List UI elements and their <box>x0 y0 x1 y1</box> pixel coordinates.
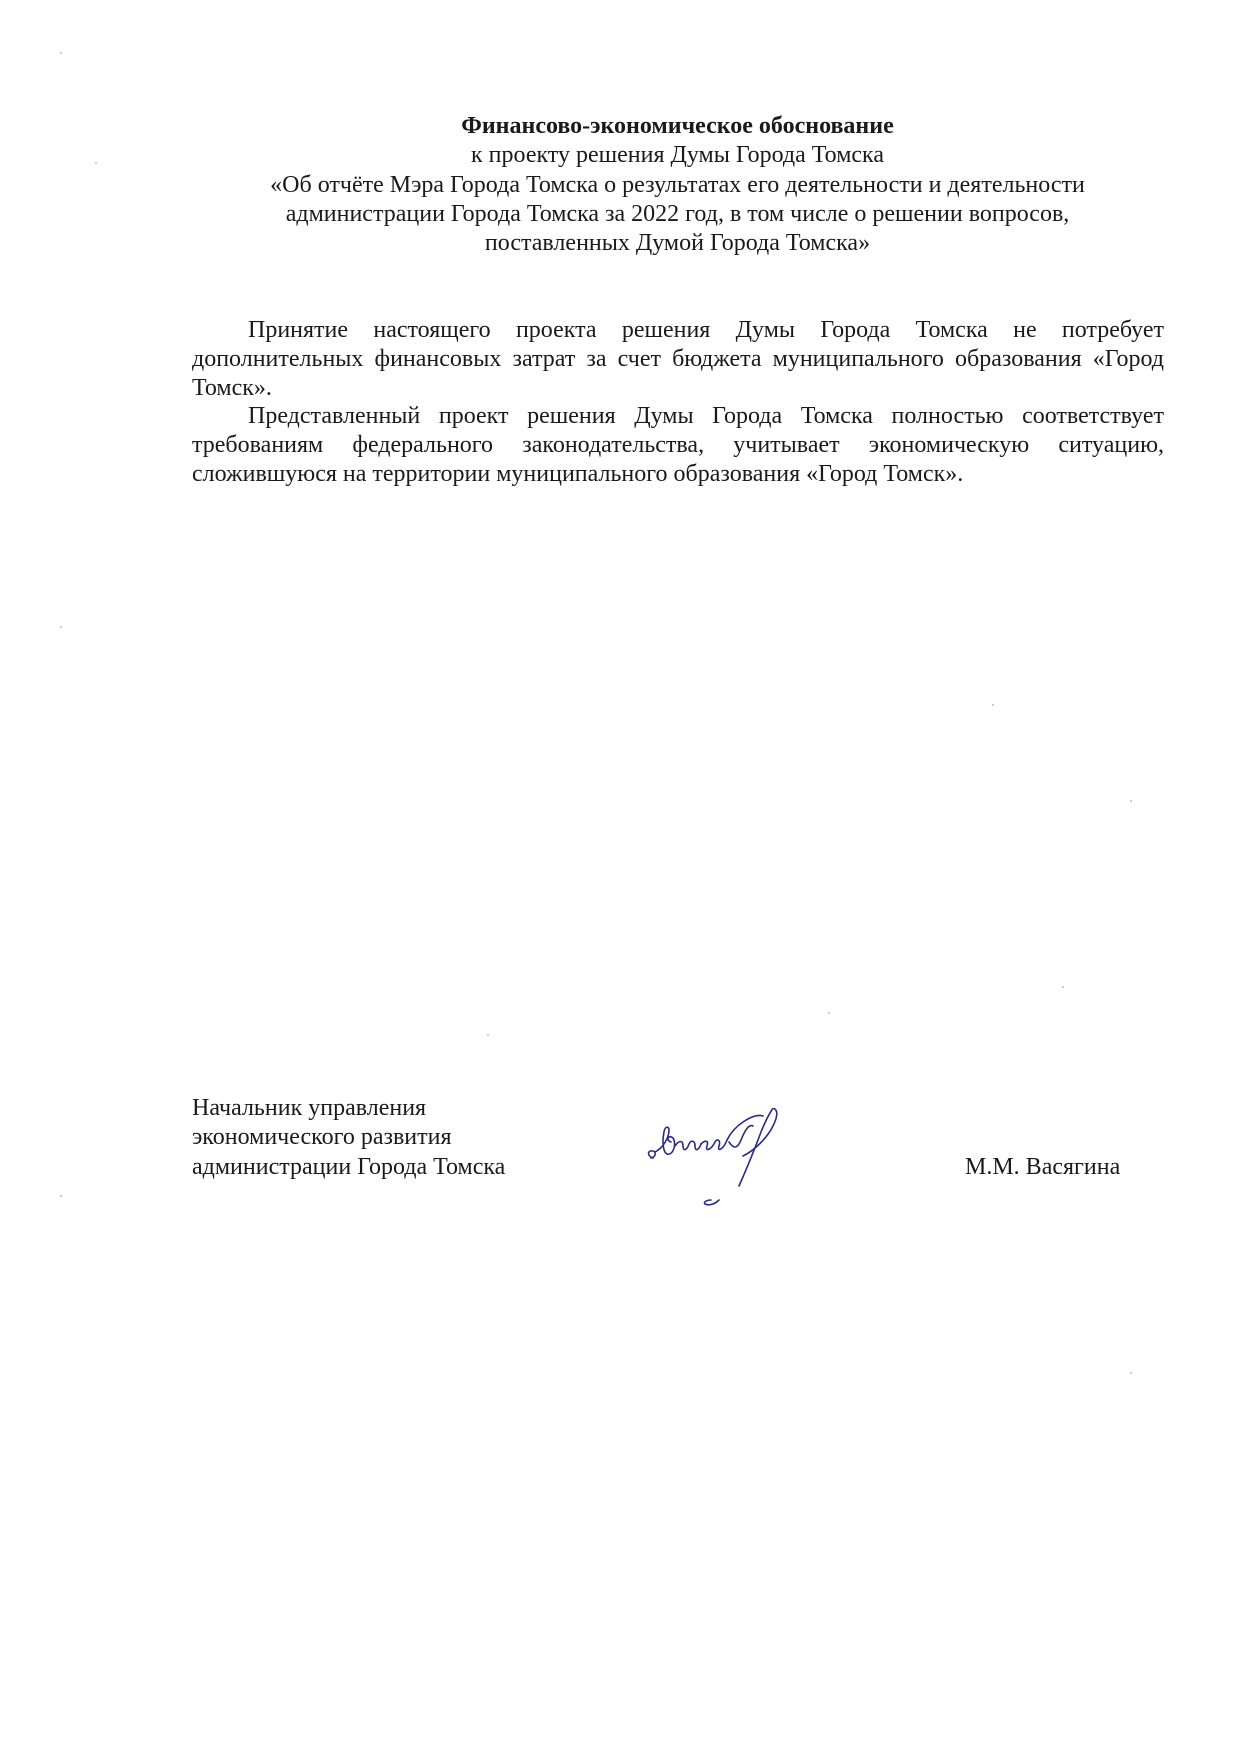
document-body: Принятие настоящего проекта решения Думы… <box>192 316 1164 489</box>
scan-speck <box>828 1012 830 1014</box>
scan-speck <box>60 626 62 628</box>
signatory-name: М.М. Васягина <box>965 1153 1120 1182</box>
scan-speck <box>1130 1372 1132 1374</box>
document-page: Финансово-экономическое обоснование к пр… <box>0 0 1240 1753</box>
position-line: администрации Города Томска <box>192 1153 505 1182</box>
document-heading: Финансово-экономическое обоснование <box>190 112 1165 141</box>
signatory-position: Начальник управления экономического разв… <box>192 1094 505 1182</box>
scan-speck <box>1130 800 1132 802</box>
scan-speck <box>992 704 994 706</box>
title-line: поставленных Думой Города Томска» <box>190 229 1165 258</box>
body-paragraph: Представленный проект решения Думы Город… <box>192 402 1164 488</box>
title-line: администрации Города Томска за 2022 год,… <box>190 200 1165 229</box>
handwritten-signature <box>645 1108 790 1210</box>
scan-speck <box>95 162 97 164</box>
document-title-block: Финансово-экономическое обоснование к пр… <box>190 112 1165 258</box>
scan-speck <box>60 52 62 54</box>
scan-speck <box>60 1195 62 1197</box>
body-paragraph: Принятие настоящего проекта решения Думы… <box>192 316 1164 402</box>
scan-speck <box>487 1034 489 1036</box>
position-line: экономического развития <box>192 1123 505 1152</box>
position-line: Начальник управления <box>192 1094 505 1123</box>
title-line: к проекту решения Думы Города Томска <box>190 141 1165 170</box>
scan-speck <box>1062 986 1064 988</box>
title-line: «Об отчёте Мэра Города Томска о результа… <box>190 171 1165 200</box>
